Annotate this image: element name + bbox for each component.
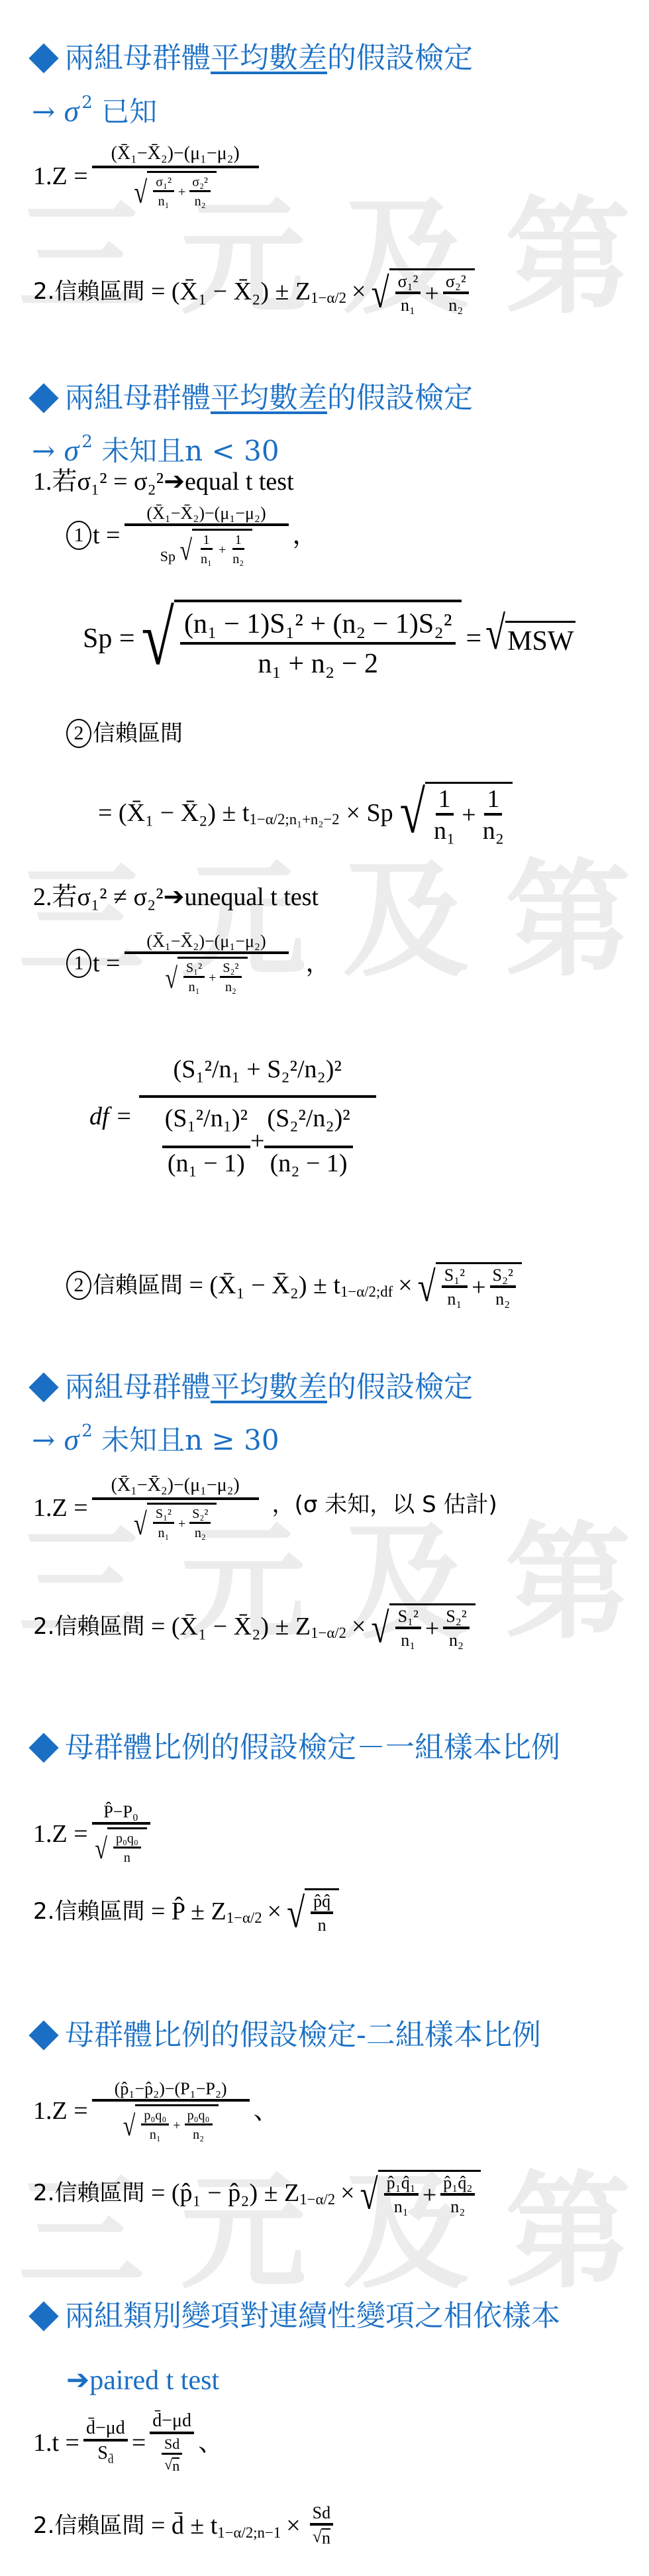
sqrt: √ p₀q₀n₁+p₀q₀n₂ [123,2104,219,2141]
arrow-icon: → [32,95,55,128]
arrow-icon: → [32,1424,55,1456]
case-label: 1.若σ₁² = σ₂² [33,469,164,494]
msw: MSW [505,621,575,657]
sqrt-icon: √ [371,1589,389,1649]
formula-label: 2.信賴區間 [33,2514,144,2537]
sqrt-body: p̂q̂n [305,1888,339,1934]
fraction: 1n₁ [431,786,458,843]
t-formula: 1.t = d̄−μd Sd̄ = d̄−μd Sd√n 、 [33,2412,223,2473]
numerator: 1 [201,533,213,550]
fraction: p₀q₀n₁ [141,2109,169,2141]
fraction: (X̄₁−X̄₂)−(μ₁−μ₂) √ S₁²n₁+S₂²n₂ [125,933,289,994]
numerator: (X̄₁−X̄₂)−(μ₁−μ₂) [125,505,289,526]
header-underlined: 平均數差 [211,381,327,415]
numerator: S₂² [220,961,241,978]
fraction: S₁²n₁ [442,1267,468,1308]
denominator: n₁ [186,978,203,994]
case-label: 2.若σ₁² ≠ σ₂² [33,885,164,910]
denominator: √ S₁²n₁+S₂²n₂ [162,954,250,994]
ci-formula: 2 信賴區間 = (X̄₁ − X̄₂) ± t1−α/2;df × √ S₁²… [66,1262,522,1308]
fraction: (X̄₁−X̄₂)−(μ₁−μ₂) √ σ₁²n₁+σ₂²n₂ [92,144,259,208]
sqrt-body: p₀q₀n₁+p₀q₀n₂ [135,2104,218,2141]
denominator: n₁ [391,2196,411,2216]
sqrt-icon: √ [485,610,505,657]
ci-formula: 2.信賴區間 = P̂ ± Z1−α/2 × √ p̂q̂n [33,1888,339,1934]
numerator: S₂² [490,1267,516,1288]
numerator: (S₁²/n₁)² [162,1106,250,1148]
denominator: Sp √ 1n₁+1n₂ [158,526,256,566]
fraction: p̂q̂n [311,1893,333,1934]
formula-expression: = (X̄₁ − X̄₂) ± t [189,1273,340,1298]
denominator: Sd̄ [95,2442,116,2465]
fraction: P̂−P₀ √ p₀q₀n [92,1803,150,1864]
sqrt: √ S₁²n₁+S₂²n₂ [134,1503,217,1540]
plus: + [173,2119,180,2132]
denominator: √ S₁²n₁+S₂²n₂ [131,1500,219,1540]
ci-formula: 2.信賴區間 = (X̄₁ − X̄₂) ± Z1−α/2 × √ S₁²n₁+… [33,1603,475,1649]
fraction: 1n₁ [198,533,215,566]
watermark-char: 第 [492,2170,644,2296]
z-formula: 1.Z = P̂−P₀ √ p₀q₀n [33,1803,154,1864]
denominator: n₂ [192,192,209,208]
denominator: n₁ [147,2125,164,2141]
numerator: S₁² [153,1507,174,1524]
times: × [352,279,366,304]
sqrt-icon: √ [165,945,177,994]
sqrt-icon: √ [134,160,147,208]
formula-label: 1.Z = [33,1821,88,1847]
numerator: (S₂²/n₂)² [264,1106,352,1148]
formula-label: Sp = [83,625,135,653]
subscript: 1−α/2 [226,1911,262,1926]
sqrt-icon: √ [179,517,192,566]
denominator: Sd√n [155,2434,189,2473]
denominator: n₁ [398,294,418,314]
sqrt: √ 1n₁+1n₂ [179,529,252,566]
formula-label: 2.信賴區間 [33,1900,144,1923]
section-header: 兩組母群體平均數差的假設檢定 [28,381,473,415]
section-header: 兩組類別變項對連續性變項之相依樣本 [28,2299,560,2334]
ci-formula: 2.信賴區間 = d̄ ± t1−α/2;n−1 × Sd√n [33,2504,337,2547]
sqrt-icon: √ [142,576,174,678]
numerator: (p̂₁−p̂₂)−(P₁−P₂) [92,2080,250,2102]
sqrt: √ 1n₁+1n₂ [400,782,513,843]
formula-label: 2.信賴區間 [33,2182,144,2204]
fraction: S₂²n₂ [490,1267,516,1308]
denominator: n₁ [156,192,172,208]
header-text: 母群體比例的假設檢定-二組樣本比例 [65,2018,541,2053]
sqrt: √ S₁²n₁+S₂²n₂ [371,1603,475,1649]
fraction: σ₁²n₁ [153,176,174,208]
step-number: 1 [66,949,91,978]
denominator: (S₁²/n₁)²(n₁ − 1)+(S₂²/n₂)²(n₂ − 1) [160,1098,356,1176]
paired-test-line: ➔ paired t test [66,2367,219,2394]
header-text: 的假設檢定 [327,381,473,415]
sqrt-icon: √ [164,2457,172,2473]
z-formula: 1.Z = (X̄₁−X̄₂)−(μ₁−μ₂) √ σ₁²n₁+σ₂²n₂ [33,144,263,208]
fraction: 1n₂ [480,786,507,843]
formula-expression: = (X̄₁ − X̄₂) ± t [98,800,249,826]
header-text: 兩組類別變項對連續性變項之相依樣本 [65,2299,560,2334]
t-formula: 1 t = (X̄₁−X̄₂)−(μ₁−μ₂) Sp √ 1n₁+1n₂ ， [66,505,318,566]
fraction: (X̄₁−X̄₂)−(μ₁−μ₂) Sp √ 1n₁+1n₂ [125,505,289,566]
condition-line: → σ2 已知 [32,86,157,129]
formula-expression: = d̄ ± t [151,2513,217,2538]
header-text: 母群體比例的假設檢定－一組樣本比例 [65,1731,560,1765]
fraction: σ₂²n₂ [443,273,469,314]
z-formula: 1.Z = (X̄₁−X̄₂)−(μ₁−μ₂) √ S₁²n₁+S₂²n₂ ，(… [33,1476,497,1540]
ci-formula: = (X̄₁ − X̄₂) ± t1−α/2;n₁+n₂−2 × Sp √ 1n… [98,782,513,843]
sqrt-icon: √ [400,763,425,843]
times: × [286,2513,300,2538]
test-name: paired t test [89,2367,219,2394]
sqrt-icon: √ [134,1491,147,1540]
times-sp: × Sp [346,800,393,826]
formula-label: df = [89,1104,132,1129]
condition-text: 已知 [101,95,157,128]
condition-line: → σ2 未知且n < 30 [32,425,279,468]
plus: + [219,543,226,557]
sp-symbol: Sp [160,548,175,564]
ci-label: 信賴區間 [93,722,183,745]
numerator: p̂₁q̂₂ [440,2174,475,2196]
subscript: 1−α/2;n₁+n₂−2 [249,812,339,828]
formula-label: 2.信賴區間 [33,1615,144,1638]
sqrt-body: σ₁²n₁+σ₂²n₂ [147,171,217,208]
section-header: 兩組母群體平均數差的假設檢定 [28,1370,473,1405]
header-text: 兩組母群體 [65,1370,211,1405]
step-number: 2 [66,719,91,748]
plus: + [178,186,185,199]
denominator: n₂ [446,294,466,314]
exponent: 2 [81,432,93,452]
fraction: (S₁²/n₁)²(n₁ − 1) [162,1106,250,1176]
formula-label: 1.t = [33,2430,79,2455]
sqrt: √ (n₁ − 1)S₁² + (n₂ − 1)S₂²n₁ + n₂ − 2 [142,600,462,678]
numerator: p₀q₀ [141,2109,169,2125]
numerator: (X̄₁−X̄₂)−(μ₁−μ₂) [92,1476,259,1500]
sqrt-body: σ₁²n₁+σ₂²n₂ [389,268,475,314]
fraction: (S₁²/n₁ + S₂²/n₂)² (S₁²/n₁)²(n₁ − 1)+(S₂… [139,1057,376,1176]
sqrt-icon: √ [371,254,389,314]
fraction: S₁²n₁ [395,1608,421,1649]
fraction: (S₂²/n₂)²(n₂ − 1) [264,1106,352,1176]
formula-expression: = (p̂₁ − p̂₂) ± Z [151,2180,299,2206]
fraction: Sd√n [162,2437,182,2473]
separator: 、 [198,2430,223,2455]
header-underlined: 平均數差 [211,41,327,76]
denominator: n₁ [155,1524,172,1540]
sigma-symbol: σ [64,94,79,128]
fraction: (X̄₁−X̄₂)−(μ₁−μ₂) √ S₁²n₁+S₂²n₂ [92,1476,259,1540]
sqrt-icon: √ [313,2528,322,2547]
denominator: n₁ [198,550,215,566]
sqrt: √n [313,2528,330,2547]
sqrt-icon: √ [123,2093,136,2141]
separator: 、 [254,2098,279,2123]
numerator: σ₁² [153,176,174,192]
fraction: d̄−μd Sd√n [150,2412,194,2473]
denominator: n₂ [446,1629,466,1649]
watermark-char: 第 [492,1521,644,1646]
numerator: 1 [484,786,502,816]
diamond-bullet-icon [28,43,58,73]
section-header: 母群體比例的假設檢定－一組樣本比例 [28,1731,560,1765]
sp-formula: Sp = √ (n₁ − 1)S₁² + (n₂ − 1)S₂²n₁ + n₂ … [83,600,575,678]
sqrt: √ p̂₁q̂₁n₁+p̂₁q̂₂n₂ [360,2170,481,2216]
sqrt-body: (n₁ − 1)S₁² + (n₂ − 1)S₂²n₁ + n₂ − 2 [174,600,462,678]
formula-expression: = P̂ ± Z [151,1899,226,1924]
denominator: √ σ₁²n₁+σ₂²n₂ [131,168,219,208]
numerator: S₁² [395,1608,421,1629]
fraction: S₁²n₁ [153,1507,174,1540]
numerator: 1 [436,786,454,816]
fraction: p₀q₀n₂ [185,2109,213,2141]
fraction: S₂²n₂ [189,1507,211,1540]
sqrt-body: S₁²n₁+S₂²n₂ [147,1503,217,1540]
sqrt-body: 1n₁+1n₂ [425,782,513,843]
sqrt-body: S₁²n₁+S₂²n₂ [177,957,247,994]
bold-arrow-icon: ➔ [164,469,185,494]
times: × [398,1273,412,1298]
denominator: n₁ + n₂ − 2 [255,645,381,678]
sqrt: √ σ₁²n₁+σ₂²n₂ [371,268,474,314]
denominator: n₂ [192,1524,209,1540]
denominator: n [121,1849,133,1864]
subscript: 1−α/2;df [340,1285,393,1300]
numerator: p̂q̂ [311,1893,333,1914]
t-formula: 1 t = (X̄₁−X̄₂)−(μ₁−μ₂) √ S₁²n₁+S₂²n₂ ， [66,933,331,994]
formula-expression: = (X̄₁ − X̄₂) ± Z [151,279,311,304]
numerator: σ₁² [395,273,421,294]
numerator: (S₁²/n₁ + S₂²/n₂)² [139,1057,376,1098]
subscript: 1−α/2 [299,2192,335,2208]
sqrt-body: 1n₁+1n₂ [192,529,252,566]
fraction: d̄−μd Sd̄ [83,2419,128,2465]
denominator: n₂ [480,816,507,843]
denominator: n₁ [444,1288,464,1308]
formula-label: t = [93,951,121,976]
step-number: 2 [66,1271,91,1300]
sqrt-body: S₁²n₁+S₂²n₂ [436,1262,522,1308]
z-formula: 1.Z = (p̂₁−p̂₂)−(P₁−P₂) √ p₀q₀n₁+p₀q₀n₂ … [33,2080,279,2141]
denominator: (n₁ − 1) [165,1148,248,1176]
comma: ， [293,523,318,548]
diamond-bullet-icon [28,2301,58,2331]
sqrt: √ σ₁²n₁+σ₂²n₂ [134,171,217,208]
formula-label: 1.Z = [33,164,88,189]
header-text: 的假設檢定 [327,41,473,76]
formula-label: 1.Z = [33,2098,88,2123]
test-name: unequal t test [184,885,319,910]
denominator: n₂ [190,2125,207,2141]
fraction: p̂₁q̂₁n₁ [384,2174,419,2216]
fraction: (p̂₁−p̂₂)−(P₁−P₂) √ p₀q₀n₁+p₀q₀n₂ [92,2080,250,2141]
sqrt-icon: √ [418,1248,436,1308]
subscript: 1−α/2;n−1 [217,2526,281,2541]
numerator: S₂² [443,1608,469,1629]
sqrt-body: p̂₁q̂₁n₁+p̂₁q̂₂n₂ [378,2170,481,2216]
sigma-symbol: σ [64,1422,79,1456]
watermark-char: 第 [492,195,644,321]
numerator: S₂² [189,1507,211,1524]
numerator: (X̄₁−X̄₂)−(μ₁−μ₂) [92,144,259,168]
fraction: 1n₂ [230,533,246,566]
numerator: 1 [232,533,244,550]
denominator: n₂ [223,978,239,994]
watermark-char: 第 [492,858,644,984]
radicand: n [172,2457,179,2473]
diamond-bullet-icon [28,383,58,413]
denominator: √ p₀q₀n₁+p₀q₀n₂ [121,2102,221,2141]
header-text: 兩組母群體 [65,41,211,76]
s-symbol: S [97,2443,108,2463]
plus: + [209,971,216,985]
sqrt-icon: √ [95,1816,107,1864]
numerator: σ₂² [443,273,469,294]
ci-label: 信賴區間 [93,1274,183,1297]
fraction: σ₂²n₂ [189,176,211,208]
sqrt-body: S₁²n₁+S₂²n₂ [389,1603,475,1649]
numerator: (n₁ − 1)S₁² + (n₂ − 1)S₂² [180,605,456,645]
diamond-bullet-icon [28,1372,58,1402]
subscript: d̄ [108,2453,113,2466]
bold-arrow-icon: ➔ [66,2367,89,2394]
condition-text: 未知且n ≥ 30 [101,1424,279,1456]
ci-heading: 2 信賴區間 [66,719,183,748]
fraction: S₂²n₂ [220,961,241,994]
step-number: 1 [66,521,91,550]
unequal-variance-case: 2.若σ₁² ≠ σ₂² ➔ unequal t test [33,885,319,910]
ci-formula: 2.信賴區間 = (p̂₁ − p̂₂) ± Z1−α/2 × √ p̂₁q̂₁… [33,2170,481,2216]
times: × [352,1614,366,1639]
denominator: n₂ [493,1288,513,1308]
header-text: 兩組母群體 [65,381,211,415]
numerator: p₀q₀ [113,1832,141,1849]
sqrt: √MSW [485,621,575,657]
numerator: d̄−μd [150,2412,194,2434]
fraction: p₀q₀n [113,1832,141,1864]
diamond-bullet-icon [28,1733,58,1762]
denominator: n [315,1914,329,1934]
denominator: (n₂ − 1) [268,1148,350,1176]
numerator: p̂₁q̂₁ [384,2174,419,2196]
watermark-char: 及 [330,858,482,984]
ci-formula: 2.信賴區間 = (X̄₁ − X̄₂) ± Z1−α/2 × √ σ₁²n₁+… [33,268,475,314]
fraction: p̂₁q̂₂n₂ [440,2174,475,2216]
times: × [340,2180,354,2206]
exponent: 2 [81,93,93,113]
sqrt-icon: √ [360,2156,378,2216]
exponent: 2 [81,1421,93,1441]
numerator: S₁² [183,961,205,978]
sqrt: √ S₁²n₁+S₂²n₂ [165,957,247,994]
denominator: √ p₀q₀n [92,1825,150,1864]
denominator: n₂ [230,550,246,566]
sqrt-body: p₀q₀n [107,1827,147,1864]
times: × [268,1899,281,1924]
fraction: Sd√n [310,2504,333,2547]
radicand: n [322,2528,330,2547]
header-underlined: 平均數差 [211,1370,327,1405]
sigma-symbol: σ [64,433,79,467]
sqrt: √ p₀q₀n [95,1827,147,1864]
formula-label: t = [93,523,121,548]
section-header: 母群體比例的假設檢定-二組樣本比例 [28,2018,541,2053]
test-name: equal t test [185,469,294,494]
numerator: Sd [162,2437,182,2455]
fraction: σ₁²n₁ [395,273,421,314]
formula-label: 2.信賴區間 [33,280,144,303]
numerator: d̄−μd [83,2419,128,2442]
sqrt: √ p̂q̂n [287,1888,339,1934]
sqrt-icon: √ [287,1874,305,1934]
equals: = [466,625,481,653]
numerator: σ₂² [189,176,211,192]
condition-line: → σ2 未知且n ≥ 30 [32,1415,279,1457]
numerator: p₀q₀ [185,2109,213,2125]
bold-arrow-icon: ➔ [164,885,185,910]
sqrt: √ S₁²n₁+S₂²n₂ [418,1262,522,1308]
header-text: 的假設檢定 [327,1370,473,1405]
sqrt: √n [164,2457,179,2473]
denominator: n₂ [448,2196,468,2216]
numerator: (X̄₁−X̄₂)−(μ₁−μ₂) [125,933,289,954]
note: ，(σ 未知，以 S 估計) [272,1493,497,1516]
subscript: 1−α/2 [311,1626,346,1641]
fraction: S₂²n₂ [443,1608,469,1649]
section-header: 兩組母群體平均數差的假設檢定 [28,41,473,76]
formula-label: 1.Z = [33,1495,88,1521]
equal-variance-case: 1.若σ₁² = σ₂² ➔ equal t test [33,469,294,494]
plus: + [178,1517,185,1530]
comma: ， [306,951,331,976]
denominator: √n [162,2455,182,2473]
condition-text: 未知且n < 30 [101,435,279,467]
numerator: Sd [310,2504,333,2526]
arrow-icon: → [32,435,55,467]
equals: = [132,2430,146,2455]
denominator: n₁ [431,816,458,843]
numerator: S₁² [442,1267,468,1288]
diamond-bullet-icon [28,2020,58,2050]
formula-expression: = (X̄₁ − X̄₂) ± Z [151,1614,311,1639]
df-formula: df = (S₁²/n₁ + S₂²/n₂)² (S₁²/n₁)²(n₁ − 1… [89,1057,380,1176]
denominator: n₁ [398,1629,418,1649]
subscript: 1−α/2 [311,291,346,306]
denominator: √n [310,2526,333,2547]
fraction: (n₁ − 1)S₁² + (n₂ − 1)S₂²n₁ + n₂ − 2 [180,605,456,678]
fraction: S₁²n₁ [183,961,205,994]
